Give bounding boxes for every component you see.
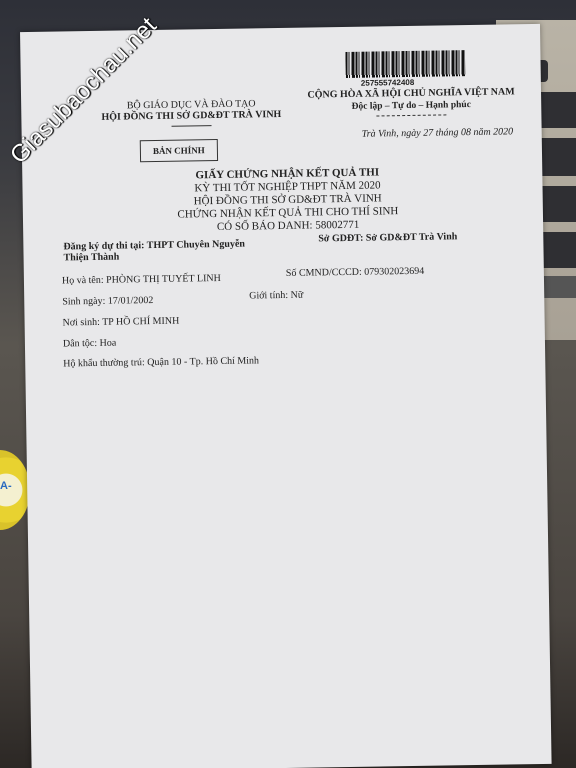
national-header: CỘNG HÒA XÃ HỘI CHỦ NGHĨA VIỆT NAM Độc l…: [296, 86, 526, 122]
divider: [376, 114, 446, 116]
candidate-id-number: Số CMND/CCCD: 079302023694: [286, 266, 425, 279]
department: Sở GDĐT: Sở GD&ĐT Trà Vinh: [318, 231, 457, 244]
original-badge: BẢN CHÍNH: [140, 139, 218, 162]
background-sticker: A-: [0, 450, 30, 530]
barcode: [345, 50, 465, 78]
place-date: Trà Vinh, ngày 27 tháng 08 năm 2020: [362, 126, 514, 139]
exam-result-certificate: 257555742408 BỘ GIÁO DỤC VÀ ĐÀO TẠO HỘI …: [20, 24, 552, 768]
issuer-header: BỘ GIÁO DỤC VÀ ĐÀO TẠO HỘI ĐỒNG THI SỞ G…: [81, 98, 301, 132]
certificate-title: GIẤY CHỨNG NHẬN KẾT QUẢ THI KỲ THI TỐT N…: [122, 165, 453, 235]
divider: [172, 125, 212, 127]
candidate-residence: Hộ khẩu thường trú: Quận 10 - Tp. Hồ Chí…: [63, 355, 259, 369]
country-name: CỘNG HÒA XÃ HỘI CHỦ NGHĨA VIỆT NAM: [296, 86, 526, 101]
sticker-text: A-: [0, 480, 12, 492]
candidate-birthplace: Nơi sinh: TP HỒ CHÍ MINH: [63, 316, 180, 329]
candidate-dob: Sinh ngày: 17/01/2002: [62, 295, 153, 307]
candidate-ethnicity: Dân tộc: Hoa: [63, 338, 116, 350]
barcode-number: 257555742408: [361, 78, 415, 88]
candidate-name: Họ và tên: PHÒNG THỊ TUYẾT LINH: [62, 273, 221, 286]
exam-council-name: HỘI ĐỒNG THI SỞ GD&ĐT TRÀ VINH: [81, 109, 301, 123]
motto: Độc lập – Tự do – Hạnh phúc: [296, 99, 526, 113]
candidate-gender: Giới tính: Nữ: [249, 290, 303, 302]
registered-school: Đăng ký dự thi tại: THPT Chuyên Nguyễn T…: [63, 238, 263, 263]
